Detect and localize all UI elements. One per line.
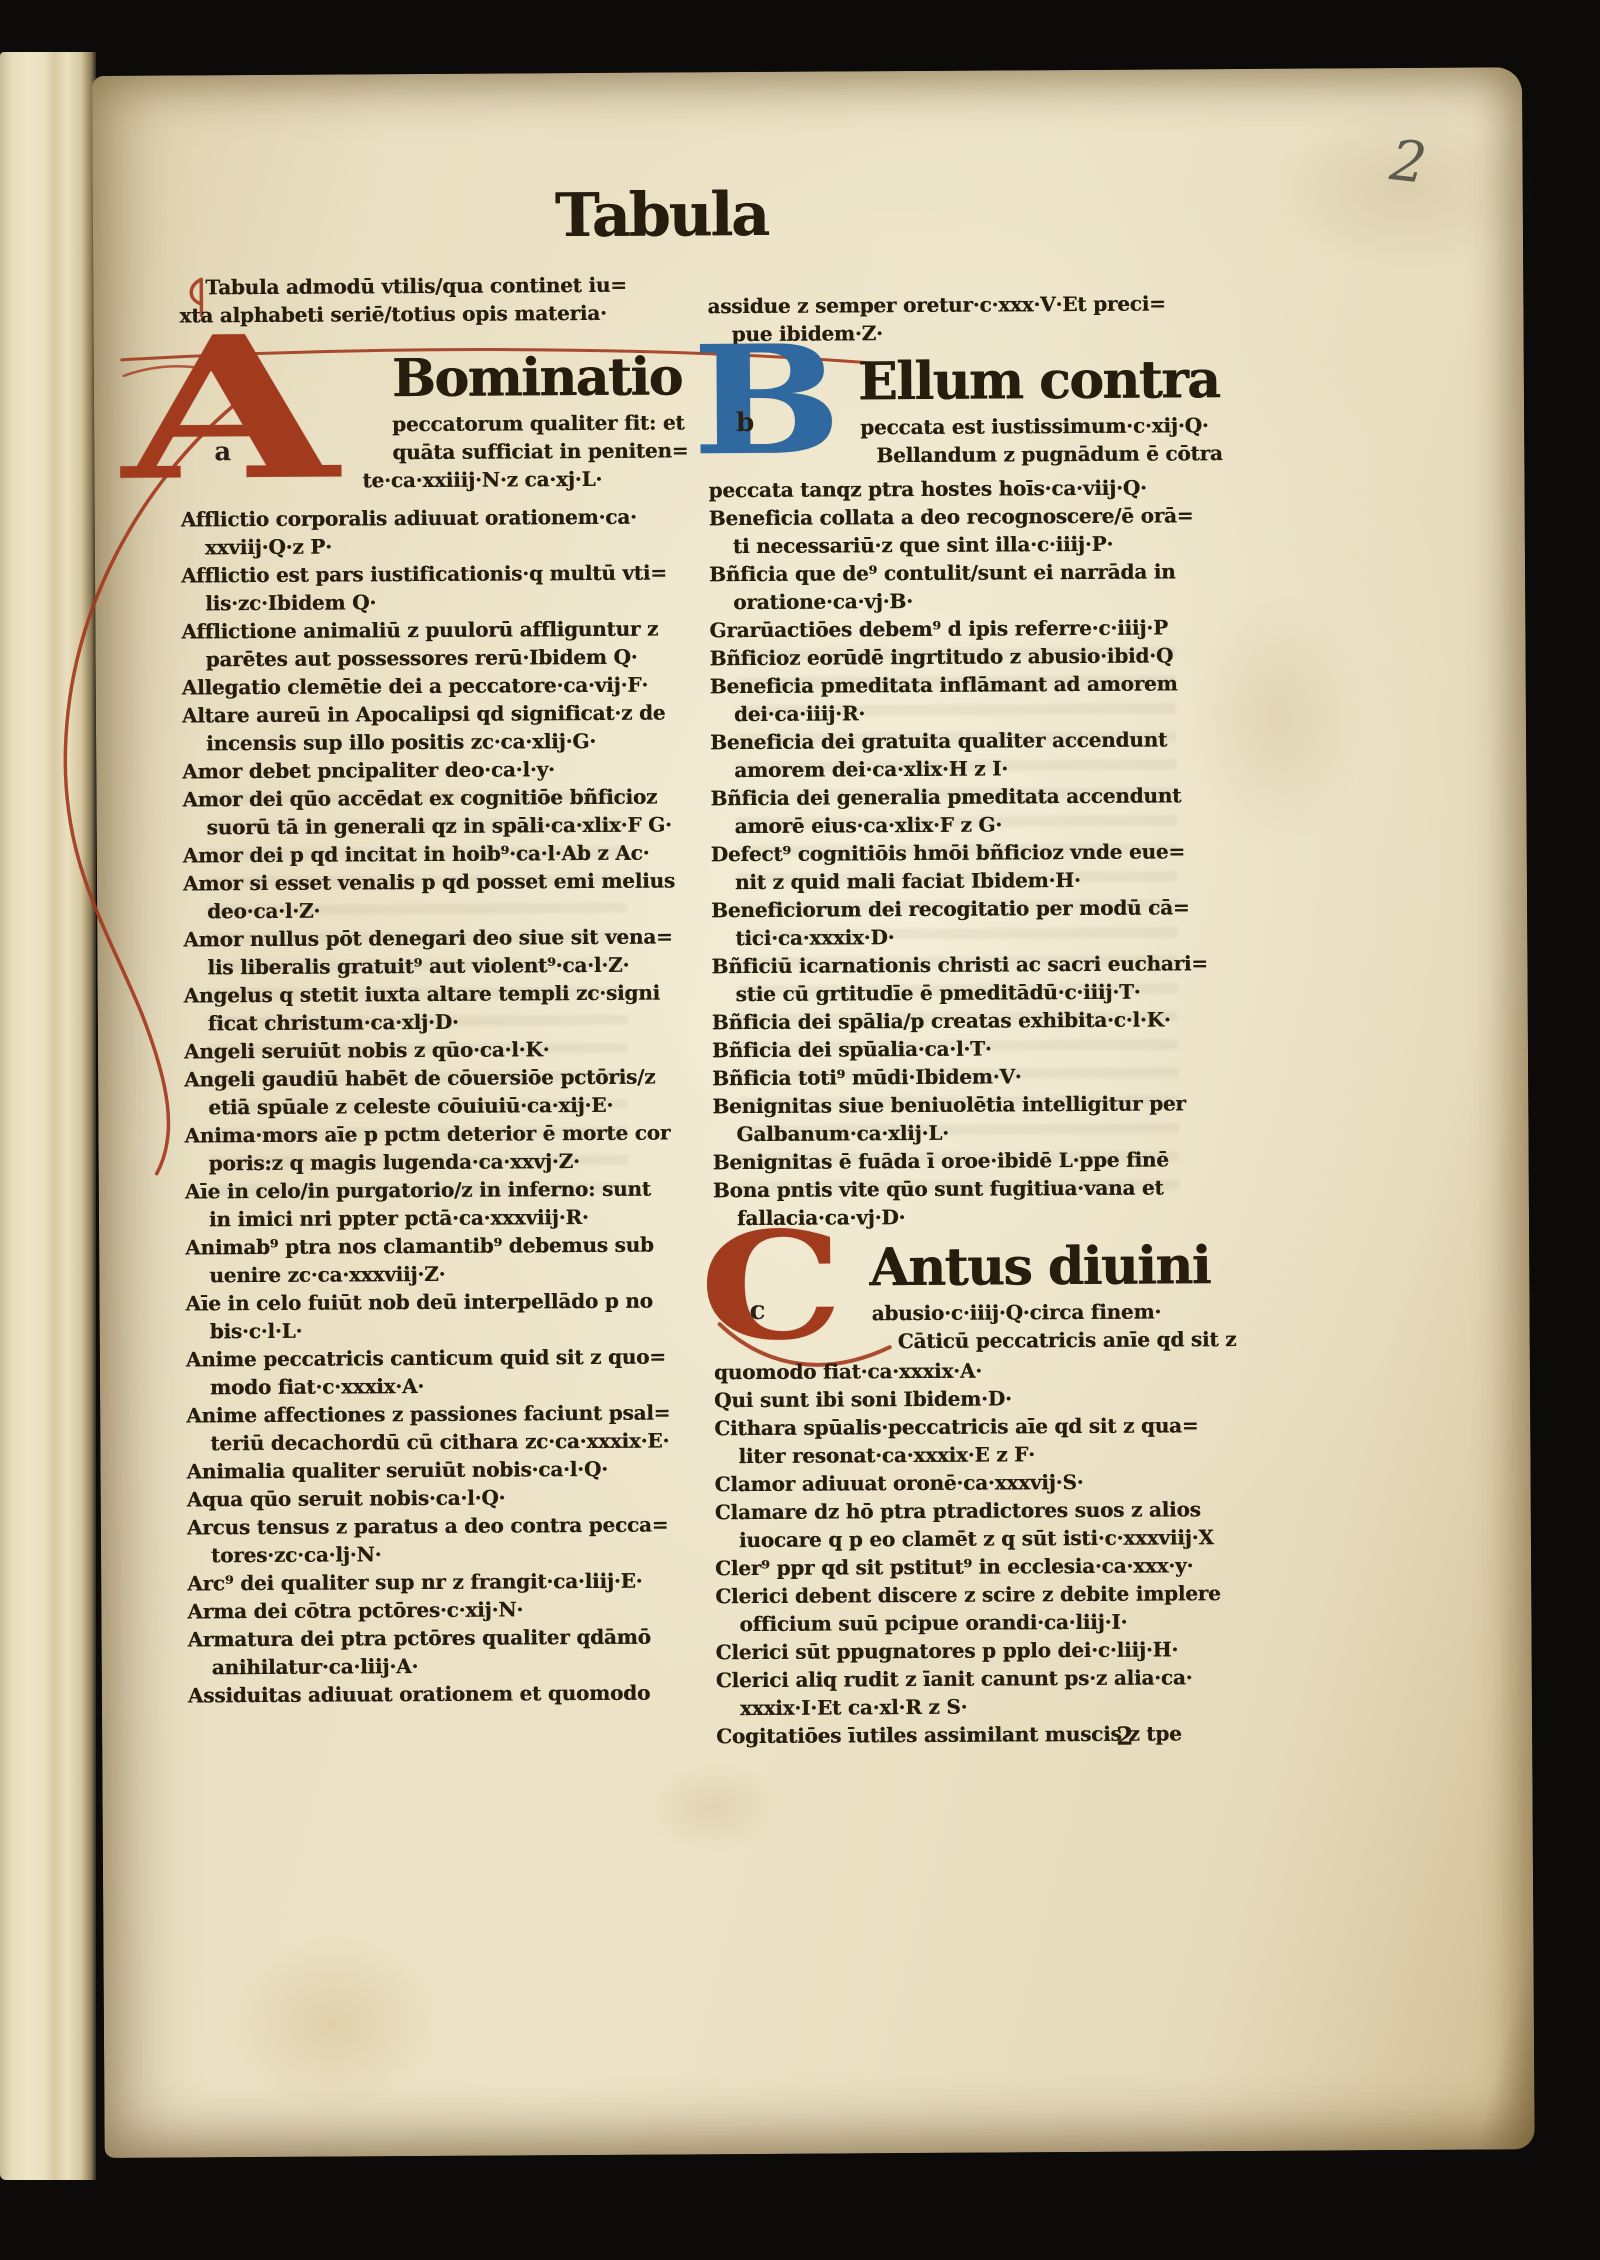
text-line: Bñficia dei generalia pmeditata accendun… (710, 781, 1192, 812)
text-line: deo·ca·l·Z· (183, 894, 669, 925)
text-line: lis liberalis gratuit⁹ aut violent⁹·ca·l… (183, 950, 669, 981)
illuminated-initial-c: C c (699, 1212, 818, 1361)
text-line: amorē eius·ca·xlix·F z G· (711, 809, 1193, 840)
text-line: Beneficia pmeditata inflāmant ad amorem (710, 669, 1192, 700)
text-line: Assiduitas adiuuat orationem et quomodo (188, 1678, 674, 1709)
text-line: nit z quid mali faciat Ibidem·H· (711, 865, 1193, 896)
text-line: Clerici sūt ppugnatores p pplo dei·c·lii… (716, 1635, 1198, 1666)
text-line: lis·zc·Ibidem Q· (181, 586, 667, 617)
text-line: Grarūactiōes debem⁹ d ipis referre·c·iii… (709, 613, 1191, 644)
text-line: Defect⁹ cognitiōis hmōi bñficioz vnde eu… (711, 837, 1193, 868)
text-line: Amor debet pncipaliter deo·ca·l·y· (182, 754, 668, 785)
text-line: Cler⁹ ppr qd sit pstitut⁹ in ecclesia·ca… (715, 1551, 1197, 1582)
text-line: Qui sunt ibi soni Ibidem·D· (714, 1383, 1196, 1414)
text-line: Cithara spūalis·peccatricis aīe qd sit z… (714, 1411, 1196, 1442)
text-line: Beneficiorum dei recogitatio per modū cā… (711, 893, 1193, 924)
handwritten-folio-number: 2 (1387, 128, 1430, 197)
text-line: ficat christum·ca·xlj·D· (184, 1006, 670, 1037)
text-line: oratione·ca·vj·B· (709, 585, 1191, 616)
text-line: iuocare q p eo clamēt z q sūt isti·c·xxx… (715, 1523, 1197, 1554)
page-title: Tabula (555, 180, 768, 251)
text-line: tici·ca·xxxix·D· (711, 921, 1193, 952)
right-column: assidue z semper oretur·c·xxx·V·Et preci… (707, 289, 1198, 1750)
stain (1185, 588, 1367, 849)
text-line: ti necessariū·z que sint illa·c·iiij·P· (709, 529, 1191, 560)
book-page: Tabula 2 2 Tabula admodū vtilis/qua cont… (92, 67, 1535, 2158)
text-line: suorū tā in generali qz in spāli·ca·xlix… (183, 810, 669, 841)
text-line: uenire zc·ca·xxxviij·Z· (185, 1258, 671, 1289)
text-line: Benignitas ē fuāda ī oroe·ibidē L·ppe fi… (713, 1145, 1195, 1176)
text-line: Animab⁹ ptra nos clamantib⁹ debemus sub (185, 1230, 671, 1261)
illuminated-initial-a: A a (121, 311, 274, 508)
text-line: bis·c·l·L· (186, 1314, 672, 1345)
text-line: Aqua qūo seruit nobis·ca·l·Q· (187, 1482, 673, 1513)
text-line: Cogitatiōes īutiles assimilant muscis z … (716, 1719, 1198, 1750)
text-line: anihilatur·ca·liij·A· (188, 1650, 674, 1681)
text-line: Clamare dz hō ptra ptradictores suos z a… (715, 1495, 1197, 1526)
text-line: Bñficioz eorūdē ingrtitudo z abusio·ibid… (709, 641, 1191, 672)
text-line: Bñficia dei spūalia·ca·l·T· (712, 1033, 1194, 1064)
text-line: Benignitas siue beniuolētia intelligitur… (712, 1089, 1194, 1120)
text-line: Altare aureū in Apocalipsi qd significat… (182, 698, 668, 729)
section-heading-a: A a Bominatio peccatorum qualiter fit: e… (180, 347, 667, 496)
text-line: Beneficia dei gratuita qualiter accendun… (710, 725, 1192, 756)
initial-letter: C (699, 1211, 844, 1360)
guide-letter: c (749, 1298, 765, 1324)
text-line: tores·zc·ca·lj·N· (187, 1538, 673, 1569)
text-line: dei·ca·iiij·R· (710, 697, 1192, 728)
text-line: officium suū pcipue orandi·ca·liij·I· (715, 1607, 1197, 1638)
index-entries-c: quomodo fiat·ca·xxxix·A·Qui sunt ibi son… (714, 1355, 1198, 1750)
text-line: stie cū grtitudīe ē pmeditādū·c·iiij·T· (712, 977, 1194, 1008)
stain (642, 1762, 783, 1853)
text-line: Amor dei p qd incitat in hoib⁹·ca·l·Ab z… (183, 838, 669, 869)
illuminated-initial-b: B b (692, 326, 820, 477)
text-line: Amor si esset venalis p qd posset emi me… (183, 866, 669, 897)
guide-letter: a (214, 439, 231, 465)
initial-letter: A (121, 311, 338, 508)
text-line: Anima·mors aīe p pctm deterior ē morte c… (184, 1118, 670, 1149)
text-line: Bñficia que de⁹ contulit/sunt ei narrāda… (709, 557, 1191, 588)
text-line: Beneficia collata a deo recognoscere/ē o… (709, 501, 1191, 532)
text-line: Angelus q stetit iuxta altare templi zc·… (184, 978, 670, 1009)
text-line: Arcus tensus z paratus a deo contra pecc… (187, 1510, 673, 1541)
text-line: Afflictio est pars iustificationis·q mul… (181, 558, 667, 589)
text-line: Bñficia dei spālia/p creatas exhibita·c·… (712, 1005, 1194, 1036)
index-entries-a: Afflictio corporalis adiuuat orationem·c… (181, 502, 674, 1709)
text-line: Aīe in celo fuiūt nob deū interpellādo p… (185, 1286, 671, 1317)
text-line: Anime peccatricis canticum quid sit z qu… (186, 1342, 672, 1373)
text-line: Arc⁹ dei qualiter sup nr z frangit·ca·li… (187, 1566, 673, 1597)
text-line: liter resonat·ca·xxxix·E z F· (714, 1439, 1196, 1470)
left-column: Tabula admodū vtilis/qua continet iu=xta… (179, 271, 674, 1710)
text-line: etiā spūale z celeste cōuiuiū·ca·xij·E· (184, 1090, 670, 1121)
text-line: poris:z q magis lugenda·ca·xxvj·Z· (185, 1146, 671, 1177)
text-line: Clamor adiuuat oronē·ca·xxxvij·S· (715, 1467, 1197, 1498)
text-line: modo fiat·c·xxxix·A· (186, 1370, 672, 1401)
previous-page-edge (0, 52, 96, 2180)
text-line: Galbanum·ca·xlij·L· (712, 1117, 1194, 1148)
section-heading-c: C c Antus diuini abusio·c·iiij·Q·circa f… (713, 1235, 1196, 1356)
text-line: Aīe in celo/in purgatorio/z in inferno: … (185, 1174, 671, 1205)
text-line: amorem dei·ca·xlix·H z I· (710, 753, 1192, 784)
text-line: Arma dei cōtra pctōres·c·xij·N· (187, 1594, 673, 1625)
text-line: Animalia qualiter seruiūt nobis·ca·l·Q· (186, 1454, 672, 1485)
text-line: Afflictione animaliū z puulorū affligunt… (181, 614, 667, 645)
text-line: Anime affectiones z passiones faciunt ps… (186, 1398, 672, 1429)
text-line: teriū decachordū cū cithara zc·ca·xxxix·… (186, 1426, 672, 1457)
stain (223, 1934, 444, 2115)
index-entries-b: peccata tanqz ptra hostes hoīs·ca·viij·Q… (708, 473, 1195, 1232)
text-line: xxviij·Q·z P· (181, 530, 667, 561)
text-line: Amor dei qūo accēdat ex cognitiōe bñfici… (182, 782, 668, 813)
text-line: Bñficia toti⁹ mūdi·Ibidem·V· (712, 1061, 1194, 1092)
initial-letter: B (692, 325, 843, 476)
text-line: Armatura dei ptra pctōres qualiter qdāmō (187, 1622, 673, 1653)
text-line: Angeli gaudiū habēt de cōuersiōe pctōris… (184, 1062, 670, 1093)
text-line: Bñficiū icarnationis christi ac sacri eu… (711, 949, 1193, 980)
text-line: Clerici debent discere z scire z debite … (715, 1579, 1197, 1610)
text-line: parētes aut possessores rerū·Ibidem Q· (181, 642, 667, 673)
guide-letter: b (736, 410, 754, 436)
text-line: Clerici aliq rudit z īanit canunt ps·z a… (716, 1663, 1198, 1694)
text-line: Angeli seruiūt nobis z qūo·ca·l·K· (184, 1034, 670, 1065)
text-line: xxxix·I·Et ca·xl·R z S· (716, 1691, 1198, 1722)
text-line: Amor nullus pōt denegari deo siue sit ve… (183, 922, 669, 953)
text-line: in imici nri ppter pctā·ca·xxxviij·R· (185, 1202, 671, 1233)
text-line: Allegatio clemētie dei a peccatore·ca·vi… (182, 670, 668, 701)
section-heading-b: B b Ellum contra peccata est iustissimum… (708, 349, 1191, 470)
text-line: incensis sup illo positis zc·ca·xlij·G· (182, 726, 668, 757)
